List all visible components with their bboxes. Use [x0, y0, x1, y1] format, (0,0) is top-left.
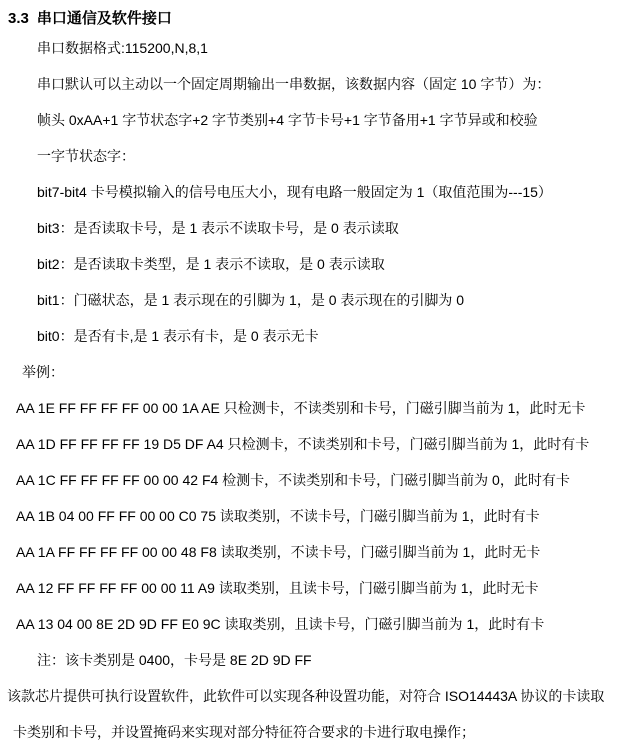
document-line: 串口默认可以主动以一个固定周期输出一串数据，该数据内容（固定 10 字节）为： [37, 66, 631, 102]
document-page: 3.3串口通信及软件接口 串口数据格式:115200,N,8,1串口默认可以主动… [0, 0, 631, 753]
document-line: 该款芯片提供可执行设置软件，此软件可以实现各种设置功能，对符合 ISO14443… [7, 678, 631, 714]
section-title: 串口通信及软件接口 [37, 10, 172, 27]
document-line: 帧头 0xAA+1 字节状态字+2 字节类别+4 字节卡号+1 字节备用+1 字… [37, 102, 631, 138]
document-line: AA 13 04 00 8E 2D 9D FF E0 9C 读取类别，且读卡号，… [16, 606, 631, 642]
document-lines: 串口数据格式:115200,N,8,1串口默认可以主动以一个固定周期输出一串数据… [0, 30, 631, 750]
document-line: AA 12 FF FF FF FF 00 00 11 A9 读取类别，且读卡号，… [16, 570, 631, 606]
document-line: bit0：是否有卡,是 1 表示有卡，是 0 表示无卡 [37, 318, 631, 354]
document-line: AA 1C FF FF FF FF 00 00 42 F4 检测卡，不读类别和卡… [16, 462, 631, 498]
document-line: AA 1E FF FF FF FF 00 00 1A AE 只检测卡，不读类别和… [16, 390, 631, 426]
document-line: 串口数据格式:115200,N,8,1 [37, 30, 631, 66]
section-number: 3.3 [8, 10, 29, 27]
document-line: 一字节状态字： [37, 138, 631, 174]
document-line: AA 1D FF FF FF FF 19 D5 DF A4 只检测卡，不读类别和… [16, 426, 631, 462]
document-line: bit7-bit4 卡号模拟输入的信号电压大小，现有电路一般固定为 1（取值范围… [37, 174, 631, 210]
document-line: bit3：是否读取卡号，是 1 表示不读取卡号，是 0 表示读取 [37, 210, 631, 246]
document-line: AA 1A FF FF FF FF 00 00 48 F8 读取类别，不读卡号，… [16, 534, 631, 570]
document-line: bit2：是否读取卡类型，是 1 表示不读取，是 0 表示读取 [37, 246, 631, 282]
document-line: bit1：门磁状态，是 1 表示现在的引脚为 1，是 0 表示现在的引脚为 0 [37, 282, 631, 318]
section-heading: 3.3串口通信及软件接口 [8, 8, 631, 30]
document-line: 注：该卡类别是 0400，卡号是 8E 2D 9D FF [37, 642, 631, 678]
document-line: 举例： [22, 354, 631, 390]
document-line: 卡类别和卡号，并设置掩码来实现对部分特征符合要求的卡进行取电操作； [13, 714, 631, 750]
document-line: AA 1B 04 00 FF FF 00 00 C0 75 读取类别，不读卡号，… [16, 498, 631, 534]
